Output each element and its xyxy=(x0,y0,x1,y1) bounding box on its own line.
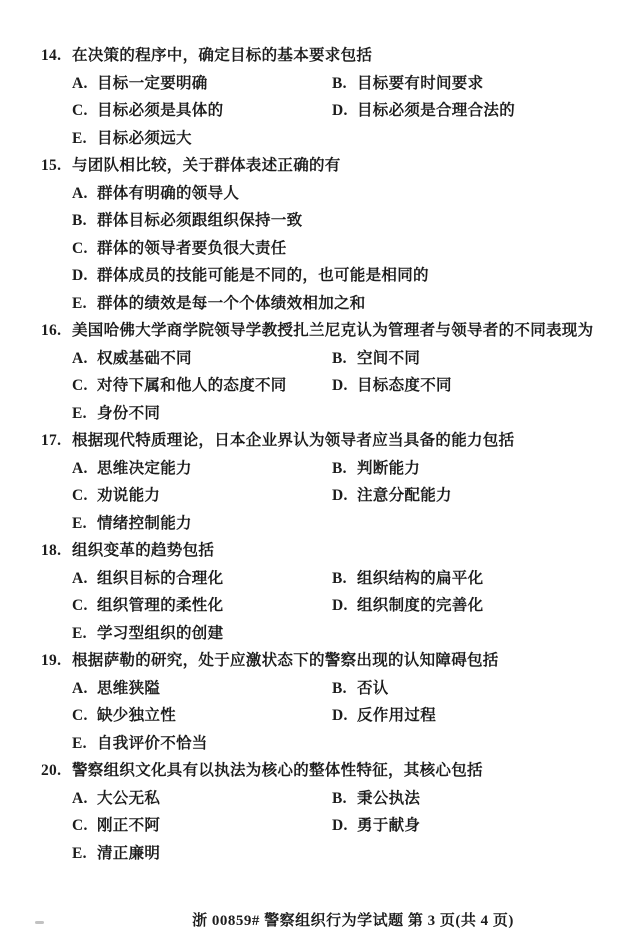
option-e: E. 身份不同 xyxy=(72,400,160,428)
option-label: C. xyxy=(72,592,97,620)
option-c: C. 组织管理的柔性化 xyxy=(72,592,332,620)
option-row: A. 大公无私 B. 秉公执法 xyxy=(72,785,602,813)
question-17-options: A. 思维决定能力 B. 判断能力 C. 劝说能力 D. 注意分 xyxy=(72,455,602,538)
question-number: 17. xyxy=(41,427,72,455)
option-text: 组织结构的扁平化 xyxy=(357,565,483,593)
option-e: E. 情绪控制能力 xyxy=(72,510,192,538)
option-d: D. 勇于献身 xyxy=(332,812,420,840)
question-15: 15. 与团队相比较，关于群体表述正确的有 A. 群体有明确的领导人 B. 群体… xyxy=(41,152,602,317)
option-text: 群体的绩效是每一个个体绩效相加之和 xyxy=(97,290,366,318)
question-stem: 警察组织文化具有以执法为核心的整体性特征，其核心包括 xyxy=(72,757,483,785)
option-c: C. 对待下属和他人的态度不同 xyxy=(72,372,332,400)
question-number: 20. xyxy=(41,757,72,785)
option-a: A. 权威基础不同 xyxy=(72,345,332,373)
question-18-header: 18. 组织变革的趋势包括 xyxy=(41,537,602,565)
question-stem: 在决策的程序中，确定目标的基本要求包括 xyxy=(72,42,372,70)
option-a: A. 思维狭隘 xyxy=(72,675,332,703)
option-e: E. 学习型组织的创建 xyxy=(72,620,223,648)
exam-page: 14. 在决策的程序中，确定目标的基本要求包括 A. 目标一定要明确 B. 目标… xyxy=(0,0,630,945)
option-text: 权威基础不同 xyxy=(97,345,192,373)
option-row: E. 自我评价不恰当 xyxy=(72,730,602,758)
option-text: 勇于献身 xyxy=(357,812,420,840)
option-a: A. 大公无私 xyxy=(72,785,332,813)
option-text: 群体目标必须跟组织保持一致 xyxy=(97,207,302,235)
option-label: B. xyxy=(332,675,357,703)
question-18-options: A. 组织目标的合理化 B. 组织结构的扁平化 C. 组织管理的柔性化 D. xyxy=(72,565,602,648)
option-label: A. xyxy=(72,345,97,373)
option-d: D. 反作用过程 xyxy=(332,702,436,730)
option-row: D. 群体成员的技能可能是不同的，也可能是相同的 xyxy=(72,262,602,290)
question-18: 18. 组织变革的趋势包括 A. 组织目标的合理化 B. 组织结构的扁平化 xyxy=(41,537,602,647)
option-label: B. xyxy=(332,785,357,813)
option-label: E. xyxy=(72,730,97,758)
option-label: B. xyxy=(332,565,357,593)
option-e: E. 群体的绩效是每一个个体绩效相加之和 xyxy=(72,290,366,318)
option-b: B. 判断能力 xyxy=(332,455,420,483)
option-text: 目标态度不同 xyxy=(357,372,452,400)
question-16-header: 16. 美国哈佛大学商学院领导学教授扎兰尼克认为管理者与领导者的不同表现为 xyxy=(41,317,602,345)
question-17-header: 17. 根据现代特质理论，日本企业界认为领导者应当具备的能力包括 xyxy=(41,427,602,455)
option-text: 目标必须是具体的 xyxy=(97,97,223,125)
option-label: E. xyxy=(72,840,97,868)
question-stem: 与团队相比较，关于群体表述正确的有 xyxy=(72,152,341,180)
option-text: 自我评价不恰当 xyxy=(97,730,208,758)
option-row: A. 群体有明确的领导人 xyxy=(72,180,602,208)
option-text: 对待下属和他人的态度不同 xyxy=(97,372,287,400)
option-e: E. 自我评价不恰当 xyxy=(72,730,208,758)
option-d: D. 目标必须是合理合法的 xyxy=(332,97,515,125)
option-label: D. xyxy=(72,262,97,290)
question-16: 16. 美国哈佛大学商学院领导学教授扎兰尼克认为管理者与领导者的不同表现为 A.… xyxy=(41,317,602,427)
question-19-options: A. 思维狭隘 B. 否认 C. 缺少独立性 D. 反作用过程 xyxy=(72,675,602,758)
option-label: C. xyxy=(72,372,97,400)
option-c: C. 目标必须是具体的 xyxy=(72,97,332,125)
option-b: B. 组织结构的扁平化 xyxy=(332,565,483,593)
option-c: C. 刚正不阿 xyxy=(72,812,332,840)
question-number: 14. xyxy=(41,42,72,70)
option-e: E. 目标必须远大 xyxy=(72,125,192,153)
option-d: D. 目标态度不同 xyxy=(332,372,452,400)
option-label: E. xyxy=(72,400,97,428)
option-text: 清正廉明 xyxy=(97,840,160,868)
option-label: D. xyxy=(332,97,357,125)
option-text: 身份不同 xyxy=(97,400,160,428)
question-stem: 根据现代特质理论，日本企业界认为领导者应当具备的能力包括 xyxy=(72,427,514,455)
question-15-options: A. 群体有明确的领导人 B. 群体目标必须跟组织保持一致 C. 群体的领导者要… xyxy=(72,180,602,318)
option-text: 群体成员的技能可能是不同的，也可能是相同的 xyxy=(97,262,429,290)
option-label: C. xyxy=(72,97,97,125)
question-19-header: 19. 根据萨勒的研究，处于应激状态下的警察出现的认知障碍包括 xyxy=(41,647,602,675)
option-text: 目标一定要明确 xyxy=(97,70,208,98)
option-text: 劝说能力 xyxy=(97,482,160,510)
option-d: D. 注意分配能力 xyxy=(332,482,452,510)
question-number: 18. xyxy=(41,537,72,565)
option-text: 组织制度的完善化 xyxy=(357,592,483,620)
option-text: 判断能力 xyxy=(357,455,420,483)
option-label: B. xyxy=(72,207,97,235)
option-a: A. 群体有明确的领导人 xyxy=(72,180,239,208)
question-stem: 组织变革的趋势包括 xyxy=(72,537,214,565)
option-label: C. xyxy=(72,812,97,840)
page-footer: 浙 00859# 警察组织行为学试题 第 3 页(共 4 页) xyxy=(0,913,630,929)
option-d: D. 群体成员的技能可能是不同的，也可能是相同的 xyxy=(72,262,429,290)
question-17: 17. 根据现代特质理论，日本企业界认为领导者应当具备的能力包括 A. 思维决定… xyxy=(41,427,602,537)
question-16-options: A. 权威基础不同 B. 空间不同 C. 对待下属和他人的态度不同 D. xyxy=(72,345,602,428)
option-label: D. xyxy=(332,592,357,620)
option-row: A. 思维狭隘 B. 否认 xyxy=(72,675,602,703)
option-e: E. 清正廉明 xyxy=(72,840,160,868)
option-text: 空间不同 xyxy=(357,345,420,373)
option-label: A. xyxy=(72,70,97,98)
question-number: 15. xyxy=(41,152,72,180)
question-14-header: 14. 在决策的程序中，确定目标的基本要求包括 xyxy=(41,42,602,70)
option-text: 目标必须远大 xyxy=(97,125,192,153)
option-label: A. xyxy=(72,565,97,593)
option-label: D. xyxy=(332,482,357,510)
option-label: B. xyxy=(332,455,357,483)
option-row: C. 缺少独立性 D. 反作用过程 xyxy=(72,702,602,730)
question-20-options: A. 大公无私 B. 秉公执法 C. 刚正不阿 D. 勇于献身 xyxy=(72,785,602,868)
option-label: A. xyxy=(72,675,97,703)
question-20-header: 20. 警察组织文化具有以执法为核心的整体性特征，其核心包括 xyxy=(41,757,602,785)
option-text: 思维决定能力 xyxy=(97,455,192,483)
option-row: A. 目标一定要明确 B. 目标要有时间要求 xyxy=(72,70,602,98)
option-text: 注意分配能力 xyxy=(357,482,452,510)
option-row: A. 思维决定能力 B. 判断能力 xyxy=(72,455,602,483)
option-text: 群体有明确的领导人 xyxy=(97,180,239,208)
option-a: A. 思维决定能力 xyxy=(72,455,332,483)
option-row: E. 情绪控制能力 xyxy=(72,510,602,538)
question-20: 20. 警察组织文化具有以执法为核心的整体性特征，其核心包括 A. 大公无私 B… xyxy=(41,757,602,867)
option-label: B. xyxy=(332,345,357,373)
option-b: B. 秉公执法 xyxy=(332,785,420,813)
option-label: C. xyxy=(72,235,97,263)
question-number: 19. xyxy=(41,647,72,675)
option-label: A. xyxy=(72,455,97,483)
option-row: E. 身份不同 xyxy=(72,400,602,428)
question-stem: 根据萨勒的研究，处于应激状态下的警察出现的认知障碍包括 xyxy=(72,647,499,675)
option-label: E. xyxy=(72,290,97,318)
option-a: A. 目标一定要明确 xyxy=(72,70,332,98)
option-text: 目标必须是合理合法的 xyxy=(357,97,515,125)
question-14-options: A. 目标一定要明确 B. 目标要有时间要求 C. 目标必须是具体的 D. xyxy=(72,70,602,153)
option-row: E. 清正廉明 xyxy=(72,840,602,868)
option-row: B. 群体目标必须跟组织保持一致 xyxy=(72,207,602,235)
question-number: 16. xyxy=(41,317,72,345)
option-row: C. 刚正不阿 D. 勇于献身 xyxy=(72,812,602,840)
option-row: A. 组织目标的合理化 B. 组织结构的扁平化 xyxy=(72,565,602,593)
option-label: D. xyxy=(332,372,357,400)
option-text: 否认 xyxy=(357,675,389,703)
option-label: C. xyxy=(72,702,97,730)
option-label: A. xyxy=(72,785,97,813)
option-text: 情绪控制能力 xyxy=(97,510,192,538)
option-b: B. 空间不同 xyxy=(332,345,420,373)
option-label: E. xyxy=(72,620,97,648)
option-row: C. 对待下属和他人的态度不同 D. 目标态度不同 xyxy=(72,372,602,400)
option-row: E. 学习型组织的创建 xyxy=(72,620,602,648)
option-label: D. xyxy=(332,812,357,840)
question-19: 19. 根据萨勒的研究，处于应激状态下的警察出现的认知障碍包括 A. 思维狭隘 … xyxy=(41,647,602,757)
question-15-header: 15. 与团队相比较，关于群体表述正确的有 xyxy=(41,152,602,180)
option-row: E. 群体的绩效是每一个个体绩效相加之和 xyxy=(72,290,602,318)
option-text: 缺少独立性 xyxy=(97,702,176,730)
option-row: C. 目标必须是具体的 D. 目标必须是合理合法的 xyxy=(72,97,602,125)
question-stem: 美国哈佛大学商学院领导学教授扎兰尼克认为管理者与领导者的不同表现为 xyxy=(72,317,593,345)
option-b: B. 群体目标必须跟组织保持一致 xyxy=(72,207,302,235)
option-label: D. xyxy=(332,702,357,730)
option-text: 思维狭隘 xyxy=(97,675,160,703)
option-c: C. 劝说能力 xyxy=(72,482,332,510)
option-c: C. 缺少独立性 xyxy=(72,702,332,730)
option-text: 组织目标的合理化 xyxy=(97,565,223,593)
option-row: C. 劝说能力 D. 注意分配能力 xyxy=(72,482,602,510)
option-c: C. 群体的领导者要负很大责任 xyxy=(72,235,287,263)
option-text: 大公无私 xyxy=(97,785,160,813)
option-b: B. 目标要有时间要求 xyxy=(332,70,483,98)
option-a: A. 组织目标的合理化 xyxy=(72,565,332,593)
exam-content: 14. 在决策的程序中，确定目标的基本要求包括 A. 目标一定要明确 B. 目标… xyxy=(0,0,630,867)
option-label: E. xyxy=(72,125,97,153)
option-text: 反作用过程 xyxy=(357,702,436,730)
option-row: C. 组织管理的柔性化 D. 组织制度的完善化 xyxy=(72,592,602,620)
option-label: B. xyxy=(332,70,357,98)
option-row: A. 权威基础不同 B. 空间不同 xyxy=(72,345,602,373)
option-row: C. 群体的领导者要负很大责任 xyxy=(72,235,602,263)
option-d: D. 组织制度的完善化 xyxy=(332,592,483,620)
option-text: 学习型组织的创建 xyxy=(97,620,223,648)
option-row: E. 目标必须远大 xyxy=(72,125,602,153)
option-label: E. xyxy=(72,510,97,538)
option-text: 刚正不阿 xyxy=(97,812,160,840)
option-text: 组织管理的柔性化 xyxy=(97,592,223,620)
option-text: 秉公执法 xyxy=(357,785,420,813)
option-text: 群体的领导者要负很大责任 xyxy=(97,235,287,263)
option-label: A. xyxy=(72,180,97,208)
option-b: B. 否认 xyxy=(332,675,389,703)
option-text: 目标要有时间要求 xyxy=(357,70,483,98)
option-label: C. xyxy=(72,482,97,510)
question-14: 14. 在决策的程序中，确定目标的基本要求包括 A. 目标一定要明确 B. 目标… xyxy=(41,42,602,152)
